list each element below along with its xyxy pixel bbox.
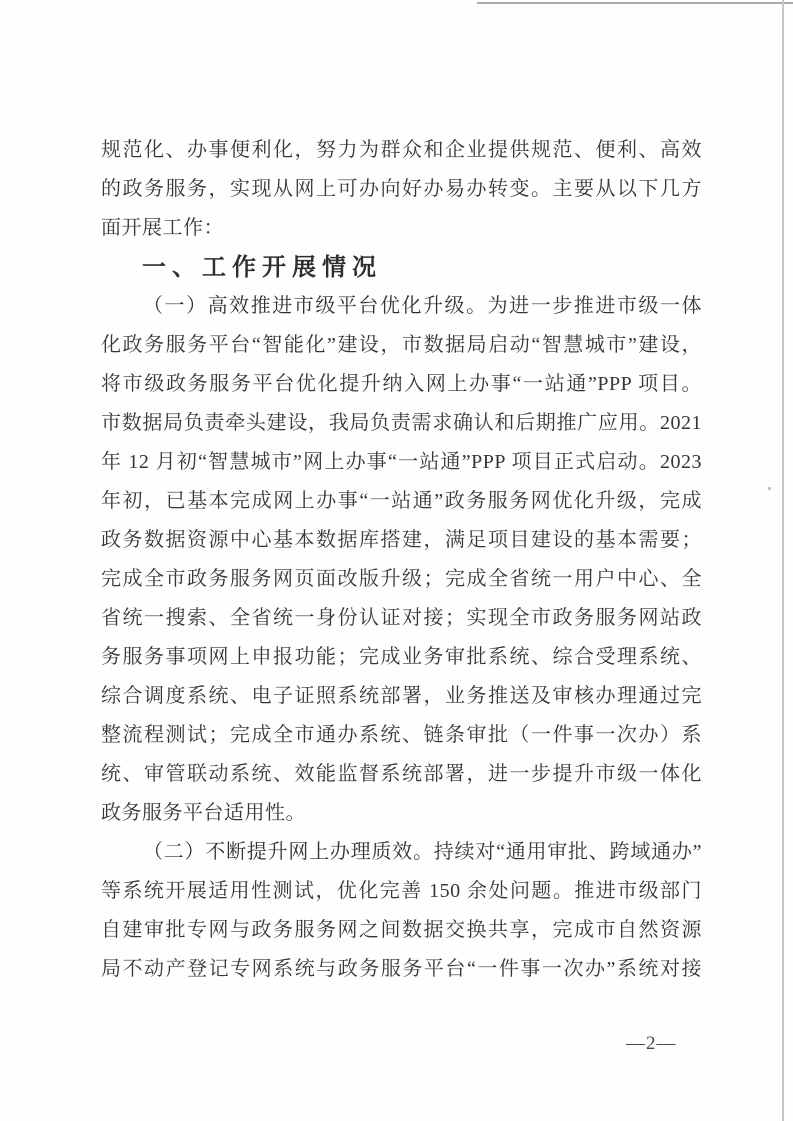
text-segment: 规范化、办事便利化，努力为群众和企业提供规范、便利、高效 [101, 139, 702, 161]
text-segment: 的政务服务，实现从网上可办向好办易办转变。主要从以下几方 [101, 178, 702, 200]
text-segment: 面开展工作： [101, 217, 224, 239]
text-line: 规范化、办事便利化，努力为群众和企业提供规范、便利、高效 [101, 131, 702, 170]
text-line: 完成全市政务服务网页面改版升级；完成全省统一用户中心、全 [101, 560, 702, 599]
text-line: 将市级政务服务平台优化提升纳入网上办事“一站通”PPP 项目。 [101, 365, 702, 404]
text-line: 年 12 月初“智慧城市”网上办事“一站通”PPP 项目正式启动。2023 [101, 443, 702, 482]
text-segment: 将市级政务服务平台优化提升纳入网上办事“一站通”PPP 项目。 [101, 373, 702, 395]
text-segment: 局不动产登记专网系统与政务服务平台“一件事一次办”系统对接 [101, 958, 702, 980]
scanned-document-page: 规范化、办事便利化，努力为群众和企业提供规范、便利、高效的政务服务，实现从网上可… [0, 0, 793, 1121]
scan-artifact-right-edge-line [782, 0, 784, 1121]
text-segment: 省统一搜索、全省统一身份认证对接；实现全市政务服务网站政 [101, 607, 702, 629]
text-line: （二）不断提升网上办理质效。持续对“通用审批、跨域通办” [101, 833, 702, 872]
text-segment: 务服务事项网上申报功能；完成业务审批系统、综合受理系统、 [101, 646, 702, 668]
page-number: —2— [626, 1033, 677, 1055]
text-line: 政务服务平台适用性。 [101, 794, 702, 833]
text-segment: 综合调度系统、电子证照系统部署，业务推送及审核办理通过完 [101, 685, 702, 707]
text-segment: 为进一步推进市级一体 [488, 295, 702, 317]
document-body: 规范化、办事便利化，努力为群众和企业提供规范、便利、高效的政务服务，实现从网上可… [101, 131, 702, 989]
text-line: 局不动产登记专网系统与政务服务平台“一件事一次办”系统对接 [101, 950, 702, 989]
text-line: 统、审管联动系统、效能监督系统部署，进一步提升市级一体化 [101, 755, 702, 794]
text-segment: 年 12 月初“智慧城市”网上办事“一站通”PPP 项目正式启动。2023 [101, 451, 702, 473]
text-segment: 等系统开展适用性测试，优化完善 150 余处问题。推进市级部门 [101, 880, 702, 902]
text-line: （一）高效推进市级平台优化升级。为进一步推进市级一体 [101, 287, 702, 326]
text-segment: 自建审批专网与政务服务网之间数据交换共享，完成市自然资源 [101, 919, 702, 941]
text-line: 务服务事项网上申报功能；完成业务审批系统、综合受理系统、 [101, 638, 702, 677]
scan-artifact-speck [768, 487, 771, 490]
text-line: 市数据局负责牵头建设，我局负责需求确认和后期推广应用。2021 [101, 404, 702, 443]
text-line: 年初，已基本完成网上办事“一站通”政务服务网优化升级，完成 [101, 482, 702, 521]
text-line: 整流程测试；完成全市通办系统、链条审批（一件事一次办）系 [101, 716, 702, 755]
text-segment: 统、审管联动系统、效能监督系统部署，进一步提升市级一体化 [101, 763, 702, 785]
section-heading: 一、工作开展情况 [101, 248, 702, 287]
text-segment: 政务数据资源中心基本数据库搭建，满足项目建设的基本需要； [101, 529, 702, 551]
text-segment: 完成全市政务服务网页面改版升级；完成全省统一用户中心、全 [101, 568, 702, 590]
text-line: 的政务服务，实现从网上可办向好办易办转变。主要从以下几方 [101, 170, 702, 209]
text-segment: 年初，已基本完成网上办事“一站通”政务服务网优化升级，完成 [101, 490, 702, 512]
text-line: 化政务服务平台“智能化”建设，市数据局启动“智慧城市”建设， [101, 326, 702, 365]
text-line: 等系统开展适用性测试，优化完善 150 余处问题。推进市级部门 [101, 872, 702, 911]
text-line: 综合调度系统、电子证照系统部署，业务推送及审核办理通过完 [101, 677, 702, 716]
text-line: 省统一搜索、全省统一身份认证对接；实现全市政务服务网站政 [101, 599, 702, 638]
text-segment: 化政务服务平台“智能化”建设，市数据局启动“智慧城市”建设， [101, 334, 702, 356]
text-segment: 政务服务平台适用性。 [101, 802, 306, 824]
text-segment: 持续对“通用审批、跨域通办” [434, 841, 702, 863]
text-segment: 市数据局负责牵头建设，我局负责需求确认和后期推广应用。2021 [101, 412, 702, 434]
text-segment: 一、工作开展情况 [142, 254, 382, 281]
text-segment: 整流程测试；完成全市通办系统、链条审批（一件事一次办）系 [101, 724, 702, 746]
paragraph-lead-in: （一）高效推进市级平台优化升级。 [143, 295, 488, 317]
paragraph-lead-in: （二）不断提升网上办理质效。 [143, 841, 434, 863]
text-line: 自建审批专网与政务服务网之间数据交换共享，完成市自然资源 [101, 911, 702, 950]
text-line: 面开展工作： [101, 209, 702, 248]
scan-artifact-top-edge-line [477, 2, 793, 4]
text-line: 政务数据资源中心基本数据库搭建，满足项目建设的基本需要； [101, 521, 702, 560]
